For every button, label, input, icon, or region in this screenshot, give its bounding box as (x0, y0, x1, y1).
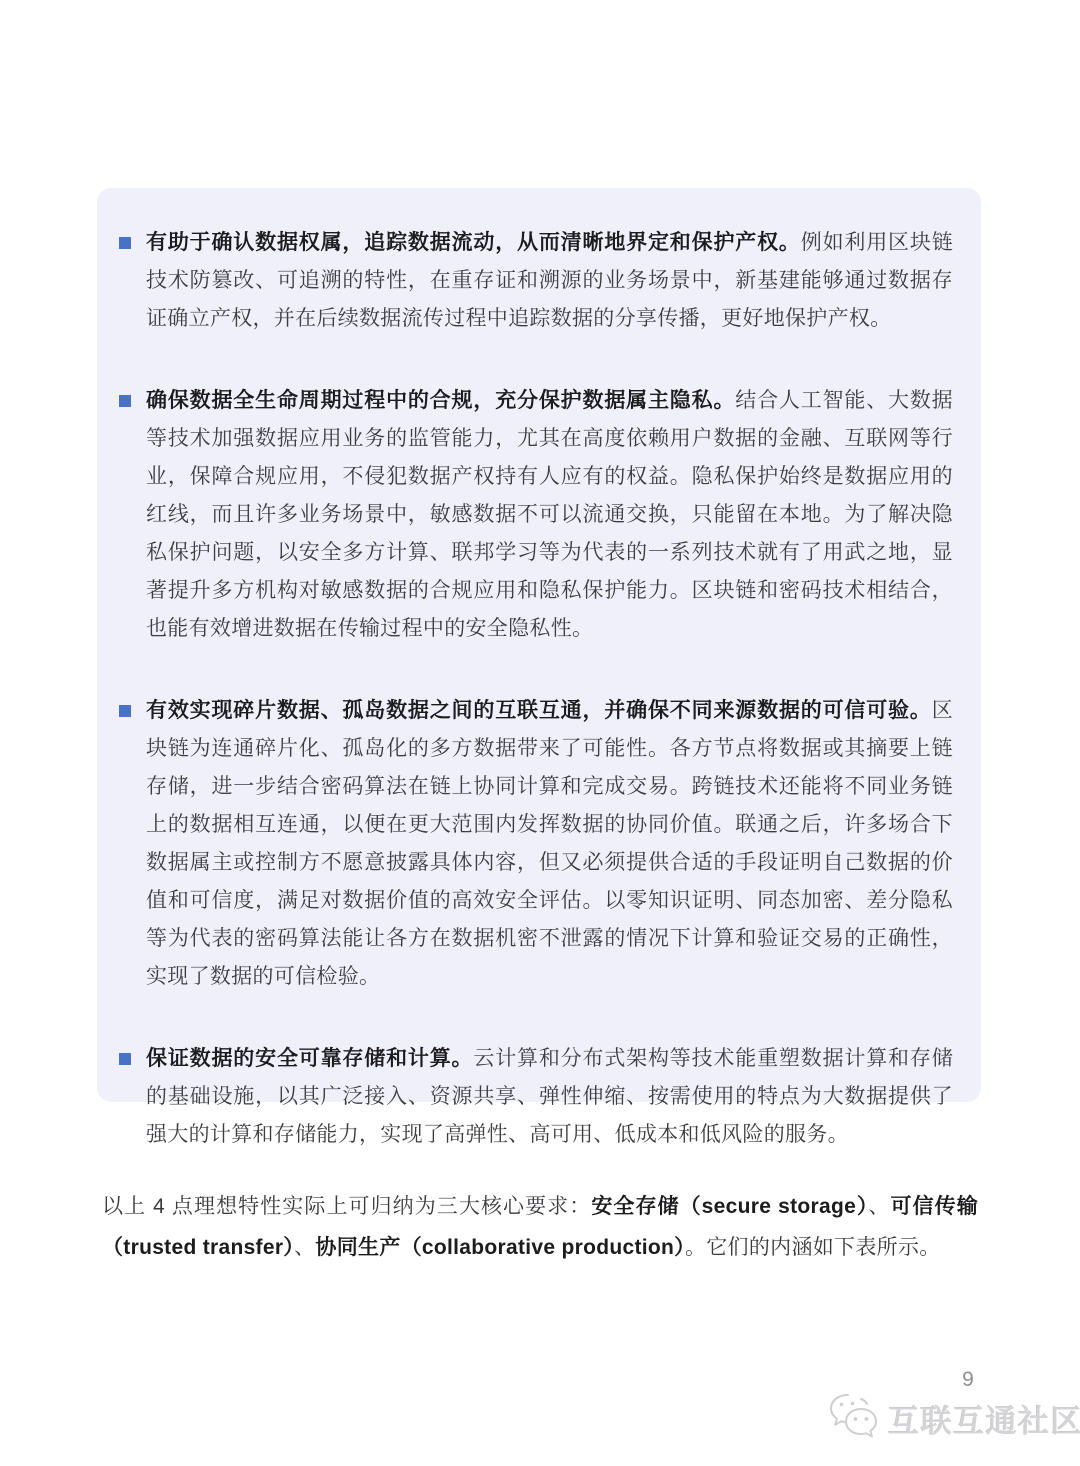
bullet-item-4: 保证数据的安全可靠存储和计算。云计算和分布式架构等技术能重塑数据计算和存储的基础… (118, 1040, 953, 1154)
bullet-item-1: 有助于确认数据权属，追踪数据流动，从而清晰地界定和保护产权。例如利用区块链技术防… (118, 224, 953, 338)
community-watermark: 互联互通社区 (828, 1392, 1080, 1444)
bullet-body-text: 区块链为连通碎片化、孤岛化的多方数据带来了可能性。各方节点将数据或其摘要上链存储… (146, 699, 953, 988)
bullet-paragraph-4: 保证数据的安全可靠存储和计算。云计算和分布式架构等技术能重塑数据计算和存储的基础… (146, 1040, 953, 1154)
summary-text: 以上 4 点理想特性实际上可归纳为三大核心要求： (102, 1195, 591, 1218)
bullet-square-icon (119, 705, 131, 717)
bullet-paragraph-3: 有效实现碎片数据、孤岛数据之间的互联互通，并确保不同来源数据的可信可验。区块链为… (146, 692, 953, 996)
bullet-item-3: 有效实现碎片数据、孤岛数据之间的互联互通，并确保不同来源数据的可信可验。区块链为… (118, 692, 953, 996)
bullet-square-icon (119, 395, 131, 407)
bullet-bold-lead: 保证数据的安全可靠存储和计算。 (146, 1047, 473, 1070)
bullet-paragraph-2: 确保数据全生命周期过程中的合规，充分保护数据属主隐私。结合人工智能、大数据等技术… (146, 382, 953, 648)
bullet-bold-lead: 有助于确认数据权属，追踪数据流动，从而清晰地界定和保护产权。 (146, 231, 801, 254)
summary-text: 、 (868, 1195, 890, 1218)
summary-term-secure-storage: 安全存储（secure storage） (591, 1195, 868, 1218)
chat-bubbles-icon (828, 1392, 882, 1444)
summary-text: 、 (294, 1236, 315, 1259)
bullet-paragraph-1: 有助于确认数据权属，追踪数据流动，从而清晰地界定和保护产权。例如利用区块链技术防… (146, 224, 953, 338)
document-page: 有助于确认数据权属，追踪数据流动，从而清晰地界定和保护产权。例如利用区块链技术防… (0, 0, 1080, 1466)
summary-paragraph: 以上 4 点理想特性实际上可归纳为三大核心要求：安全存储（secure stor… (102, 1186, 978, 1268)
summary-text: 。它们的内涵如下表所示。 (685, 1236, 941, 1259)
bullet-square-icon (119, 1053, 131, 1065)
bullet-body-text: 结合人工智能、大数据等技术加强数据应用业务的监管能力，尤其在高度依赖用户数据的金… (146, 389, 953, 640)
bullet-square-icon (119, 237, 131, 249)
bullet-bold-lead: 有效实现碎片数据、孤岛数据之间的互联互通，并确保不同来源数据的可信可验。 (146, 699, 932, 722)
bullet-item-2: 确保数据全生命周期过程中的合规，充分保护数据属主隐私。结合人工智能、大数据等技术… (118, 382, 953, 648)
page-number: 9 (958, 1368, 978, 1392)
summary-term-collaborative-production: 协同生产（collaborative production） (315, 1236, 685, 1259)
key-points-panel: 有助于确认数据权属，追踪数据流动，从而清晰地界定和保护产权。例如利用区块链技术防… (97, 188, 981, 1102)
bullet-bold-lead: 确保数据全生命周期过程中的合规，充分保护数据属主隐私。 (146, 389, 735, 412)
watermark-text: 互联互通社区 (888, 1396, 1080, 1441)
